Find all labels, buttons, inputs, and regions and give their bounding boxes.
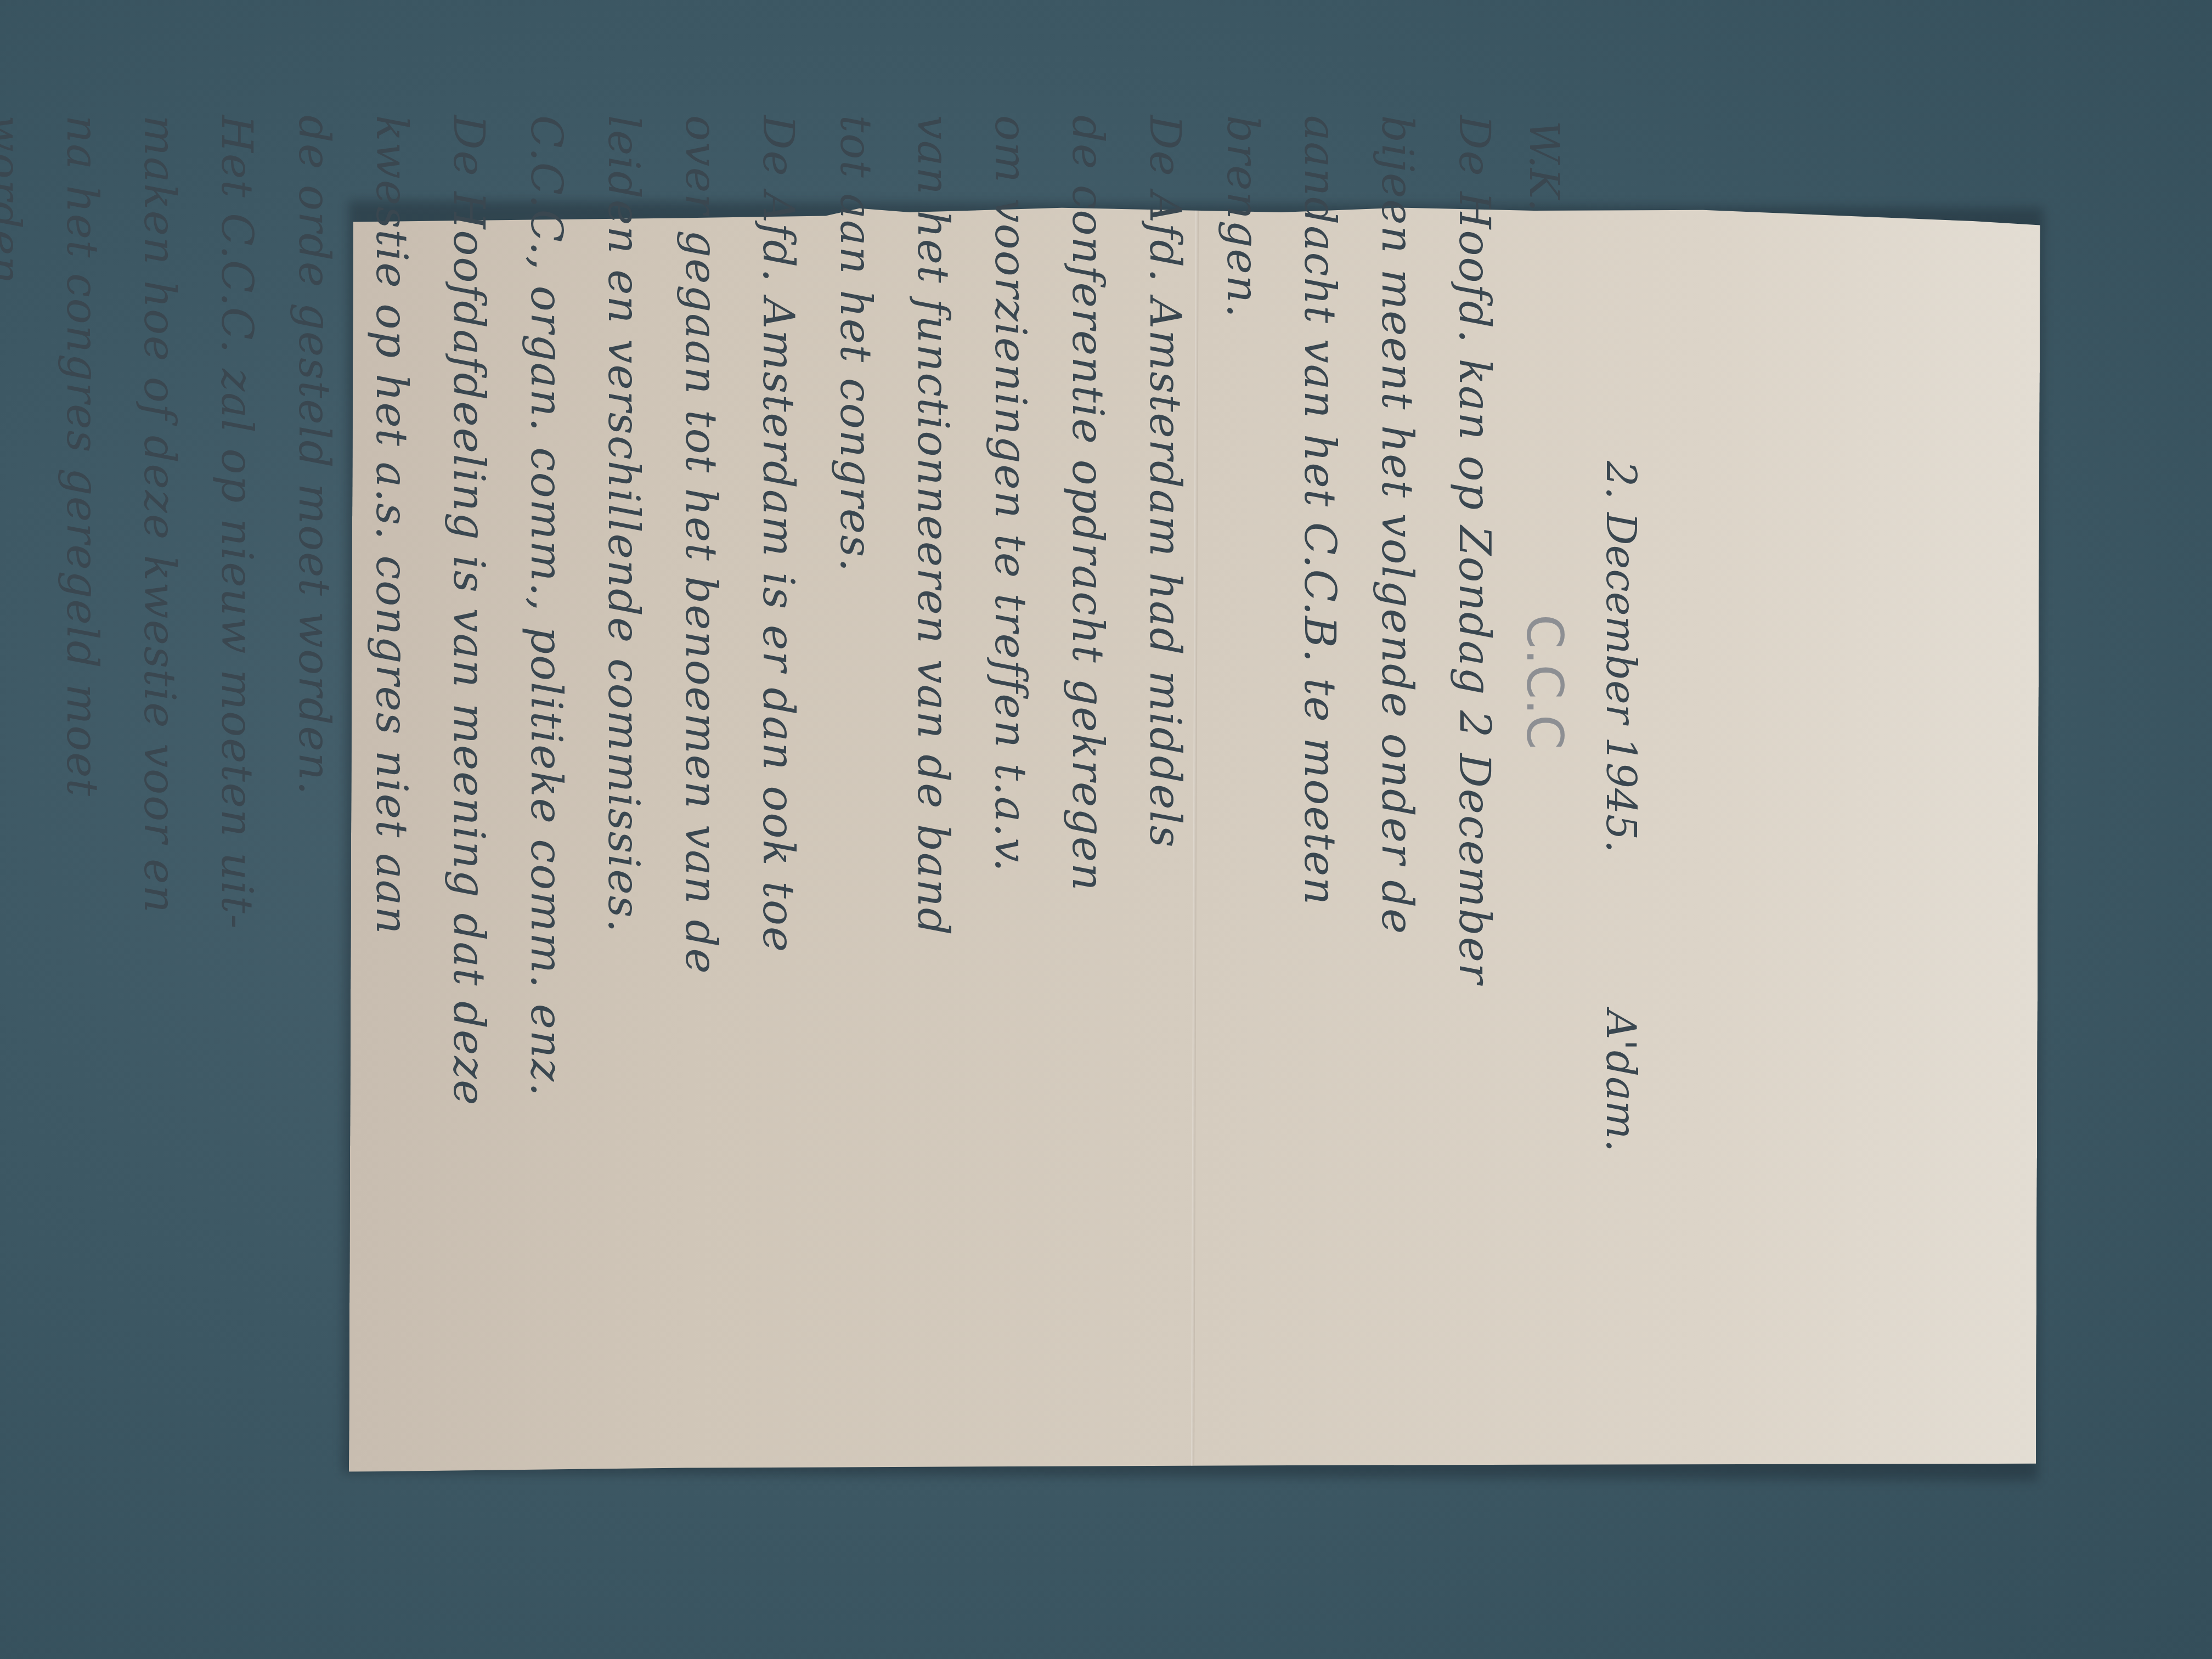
text-line: De Hoofd. kan op Zondag 2 December xyxy=(1435,33,1513,1240)
text-line: bijeen meent het volgende onder de xyxy=(1358,33,1435,1240)
text-line: van het functionneeren van de band xyxy=(894,33,971,1240)
text-line: worden. xyxy=(0,33,43,1240)
text-line: na het congres geregeld moet xyxy=(43,33,120,1240)
text-line: C.C.C., organ. comm., politieke comm. en… xyxy=(507,33,584,1240)
text-line: over gegaan tot het benoemen van de xyxy=(662,33,739,1240)
text-line: leiden en verschillende commissies. xyxy=(584,33,662,1240)
letter-content: 2. December 1945. A'dam. W.K. C.C.C De H… xyxy=(37,33,1650,1240)
text-line: De Afd. Amsterdam had middels xyxy=(1126,33,1203,1240)
paragraph-1: De Hoofd. kan op Zondag 2 December bijee… xyxy=(1203,33,1513,1240)
letter-place: A'dam. xyxy=(1597,1010,1644,1152)
letter-header: 2. December 1945. A'dam. W.K. C.C.C xyxy=(1513,33,1650,1240)
text-line: tot aan het congres. xyxy=(816,33,894,1240)
text-line: om voorzieningen te treffen t.a.v. xyxy=(971,33,1048,1240)
text-line: aandacht van het C.C.B. te moeten xyxy=(1280,33,1358,1240)
text-line: De Hoofdafdeeling is van meening dat dez… xyxy=(430,33,507,1240)
text-line: Het C.C.C. zal op nieuw moeten uit- xyxy=(198,33,275,1240)
paragraph-4: De Hoofdafdeeling is van meening dat dez… xyxy=(275,33,507,1240)
text-line: brengen. xyxy=(1203,33,1280,1240)
letter-date: 2. December 1945. xyxy=(1597,461,1644,853)
text-line: de conferentie opdracht gekregen xyxy=(1048,33,1126,1240)
text-line: de orde gesteld moet worden. xyxy=(275,33,352,1240)
pencil-annotation: C.C.C xyxy=(1515,614,1573,749)
text-line: maken hoe of deze kwestie voor en xyxy=(120,33,198,1240)
paragraph-2: De Afd. Amsterdam had middels de confere… xyxy=(816,33,1203,1240)
text-line: De Afd. Amsterdam is er dan ook toe xyxy=(739,33,816,1240)
paragraph-5: Het C.C.C. zal op nieuw moeten uit- make… xyxy=(0,33,275,1240)
paragraph-3: De Afd. Amsterdam is er dan ook toe over… xyxy=(507,33,816,1240)
letter-addressee: W.K. xyxy=(1520,121,1567,211)
text-line: kwestie op het a.s. congres niet aan xyxy=(352,33,430,1240)
